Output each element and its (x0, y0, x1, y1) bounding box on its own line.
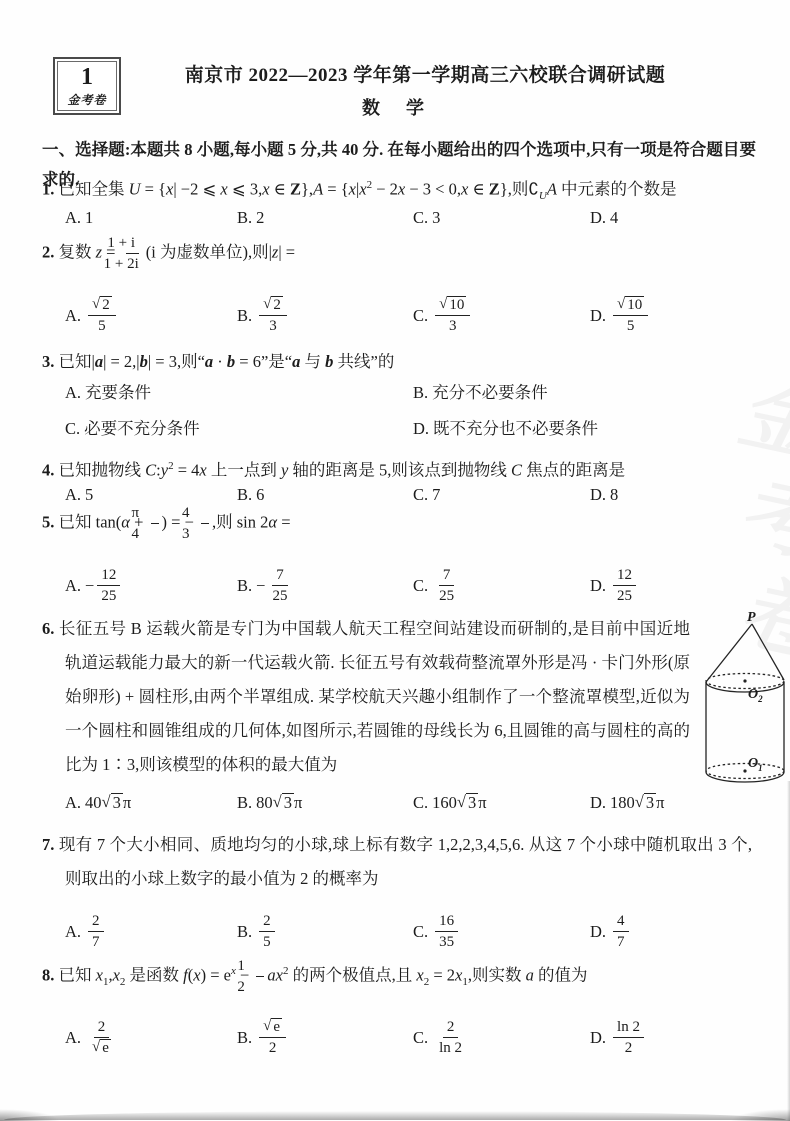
scan-shadow-bottom (4, 1111, 786, 1120)
question-4: 4. 已知抛物线 C:y2 = 4x 上一点到 y 轴的距离是 5,则该点到抛物… (0, 449, 790, 488)
question-8: 8. 已知 x1,x2 是函数 f(x) = ex − 12ax2 的两个极值点… (0, 954, 790, 999)
option-B: B.2 (237, 208, 264, 228)
option-label: C. (65, 419, 80, 439)
option-D: D.180√3 π (590, 793, 664, 813)
radical: √10 (617, 296, 644, 314)
option-A: A.27 (65, 912, 107, 951)
top-rim-front (706, 682, 784, 692)
exam-subject: 数 学 (0, 94, 790, 120)
option-B: B.充分不必要条件 (413, 383, 548, 403)
option-C: C.1635 (413, 912, 461, 951)
fraction: 27 (88, 912, 104, 951)
option-label: D. (590, 922, 606, 942)
option-label: D. (590, 793, 606, 813)
figure-label-apex: P (747, 610, 756, 625)
bottom-center-dot (743, 769, 746, 772)
question-stem: 4. 已知抛物线 C:y2 = 4x 上一点到 y 轴的距离是 5,则该点到抛物… (42, 449, 752, 488)
question-number: 4. (42, 461, 59, 480)
option-D: D.√105 (590, 296, 651, 335)
option-label: C. (413, 576, 428, 596)
option-label: B. (237, 922, 252, 942)
fraction: ln 22 (613, 1018, 644, 1057)
question-stem: 1. 已知全集 U = {x| −2 ⩽ x ⩽ 3,x ∈ Z},A = {x… (42, 168, 752, 213)
options-row: A.√25B.√23C.√103D.√105 (0, 296, 790, 350)
option-A: A.5 (65, 485, 93, 505)
option-D: D.ln 22 (590, 1018, 647, 1057)
option-label: D. (590, 1028, 606, 1048)
badge-number: 1 (81, 65, 93, 89)
option-label: C. (413, 306, 428, 326)
option-B: B.√e2 (237, 1018, 289, 1057)
fraction: 1635 (435, 912, 458, 951)
option-C: C.√103 (413, 296, 473, 335)
option-C: C.160√3 π (413, 793, 487, 813)
option-B: B.25 (237, 912, 278, 951)
options-row: A.40√3 πB.80√3 πC.160√3 πD.180√3 π (0, 793, 790, 827)
option-label: A. (65, 208, 81, 228)
option-label: C. (413, 485, 428, 505)
option-label: A. (65, 793, 81, 813)
option-C: C.2ln 2 (413, 1018, 469, 1057)
option-label: D. (590, 576, 606, 596)
option-label: B. (237, 485, 252, 505)
fraction: √e2 (259, 1018, 286, 1057)
option-label: A. (65, 922, 81, 942)
fraction: √105 (613, 296, 648, 335)
option-B: B.80√3 π (237, 793, 302, 813)
option-label: D. (590, 306, 606, 326)
question-number: 7. (42, 835, 59, 854)
option-C: C.必要不充分条件 (65, 419, 200, 439)
question-stem: 7. 现有 7 个大小相同、质地均匀的小球,球上标有数字 1,2,2,3,4,5… (42, 828, 752, 896)
question-number: 6. (42, 619, 59, 638)
fraction: 1225 (613, 566, 636, 605)
fraction: 1 + i1 + 2i (123, 234, 143, 273)
scan-shadow-corner-left (0, 1109, 60, 1121)
scan-shadow-corner-right (730, 1109, 790, 1121)
question-3: 3. 已知|a| = 2,|b| = 3,则“a · b = 6”是“a 与 b… (0, 345, 790, 379)
fraction: 2ln 2 (435, 1018, 466, 1057)
radical: √e (92, 1039, 111, 1057)
question-number: 5. (42, 512, 59, 531)
fraction: 2√e (88, 1018, 115, 1057)
cone-cylinder-figure: P O2 O1 (696, 610, 790, 800)
question-number: 8. (42, 966, 59, 985)
options-row: A.充要条件B.充分不必要条件C.必要不充分条件D.既不充分也不必要条件 (0, 383, 790, 455)
fraction: 1225 (97, 566, 120, 605)
radical: √2 (263, 296, 283, 314)
option-label: B. (237, 306, 252, 326)
option-D: D.47 (590, 912, 632, 951)
question-stem: 8. 已知 x1,x2 是函数 f(x) = ex − 12ax2 的两个极值点… (42, 954, 752, 999)
question-1: 1. 已知全集 U = {x| −2 ⩽ x ⩽ 3,x ∈ Z},A = {x… (0, 168, 790, 213)
option-label: C. (413, 793, 428, 813)
option-B: B.− 725 (237, 566, 294, 605)
question-2: 2. 复数 z = 1 + i1 + 2i(i 为虚数单位),则|z| =A.√… (0, 234, 790, 273)
option-D: D.既不充分也不必要条件 (413, 419, 598, 439)
question-6: 6. 长征五号 B 运载火箭是专门为中国载人航天工程空间站建设而研制的,是目前中… (0, 612, 790, 782)
option-A: A.充要条件 (65, 383, 151, 403)
exam-page: 1 金考卷 南京市 2022—2023 学年第一学期高三六校联合调研试题 数 学… (0, 0, 790, 1121)
radical: √3 (457, 793, 478, 813)
fraction: 725 (268, 566, 291, 605)
exam-title: 南京市 2022—2023 学年第一学期高三六校联合调研试题 (120, 60, 730, 87)
radical: √3 (635, 793, 656, 813)
option-label: A. (65, 576, 81, 596)
option-label: B. (237, 1028, 252, 1048)
question-stem: 5. 已知 tan(α + π4) = − 43,则 sin 2α = (42, 504, 752, 543)
option-B: B.√23 (237, 296, 290, 335)
option-A: A.2√e (65, 1018, 118, 1057)
option-label: A. (65, 485, 81, 505)
option-label: B. (237, 793, 252, 813)
option-C: C.725 (413, 566, 461, 605)
question-7: 7. 现有 7 个大小相同、质地均匀的小球,球上标有数字 1,2,2,3,4,5… (0, 828, 790, 896)
fraction: √23 (259, 296, 287, 335)
figure-label-bottom-center: O1 (748, 756, 763, 773)
fraction: 12 (256, 957, 264, 996)
option-label: A. (65, 306, 81, 326)
fraction: 47 (613, 912, 629, 951)
option-label: A. (65, 1028, 81, 1048)
question-5: 5. 已知 tan(α + π4) = − 43,则 sin 2α =A.− 1… (0, 504, 790, 543)
option-A: A.√25 (65, 296, 119, 335)
top-center-dot (743, 679, 746, 682)
fraction: √25 (88, 296, 116, 335)
fraction: √103 (435, 296, 470, 335)
fraction: 725 (435, 566, 458, 605)
fraction: π4 (151, 504, 159, 543)
radical: √10 (439, 296, 466, 314)
option-C: C.7 (413, 485, 440, 505)
option-D: D.1225 (590, 566, 639, 605)
option-label: D. (413, 419, 429, 439)
option-A: A.− 1225 (65, 566, 123, 605)
option-A: A.40√3 π (65, 793, 131, 813)
radical: √3 (102, 793, 123, 813)
option-label: C. (413, 922, 428, 942)
question-number: 3. (42, 352, 59, 371)
question-stem: 3. 已知|a| = 2,|b| = 3,则“a · b = 6”是“a 与 b… (42, 345, 752, 379)
question-stem: 6. 长征五号 B 运载火箭是专门为中国载人航天工程空间站建设而研制的,是目前中… (42, 612, 690, 782)
option-C: C.3 (413, 208, 440, 228)
option-label: D. (590, 485, 606, 505)
option-label: B. (237, 576, 252, 596)
radical: √e (263, 1018, 282, 1036)
radical: √2 (92, 296, 112, 314)
option-label: D. (590, 208, 606, 228)
option-label: B. (237, 208, 252, 228)
question-number: 1. (42, 180, 59, 199)
question-stem: 2. 复数 z = 1 + i1 + 2i(i 为虚数单位),则|z| = (42, 234, 752, 273)
cone-right-edge (752, 624, 784, 680)
figure-label-top-center: O2 (748, 687, 763, 704)
fraction: 25 (259, 912, 275, 951)
option-A: A.1 (65, 208, 93, 228)
option-label: A. (65, 383, 81, 403)
option-label: C. (413, 208, 428, 228)
option-label: C. (413, 1028, 428, 1048)
bottom-rim-front (706, 772, 784, 782)
fraction: 43 (201, 504, 209, 543)
radical: √3 (273, 793, 294, 813)
option-D: D.4 (590, 208, 618, 228)
option-D: D.8 (590, 485, 618, 505)
option-B: B.6 (237, 485, 264, 505)
question-number: 2. (42, 242, 59, 261)
options-row: A.2√eB.√e2C.2ln 2D.ln 22 (0, 1018, 790, 1076)
option-label: B. (413, 383, 428, 403)
